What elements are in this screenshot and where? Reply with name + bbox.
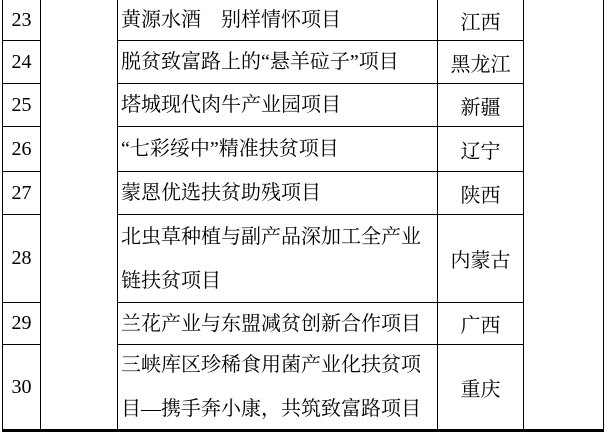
project-name-cell: 北虫草种植与副产品深加工全产业链扶贫项目 [118, 215, 438, 303]
row-number-cell: 29 [3, 303, 41, 345]
province-cell: 重庆 [438, 345, 524, 429]
province-cell: 新疆 [438, 84, 524, 127]
row-number-cell: 23 [3, 0, 41, 41]
project-name-text: 脱贫致富路上的“悬羊砬子”项目 [121, 41, 399, 84]
province-cell: 江西 [438, 0, 524, 41]
project-name-text: 兰花产业与东盟减贫创新合作项目 [121, 303, 421, 345]
project-name-text: 黄源水酒 别样情怀项目 [121, 0, 341, 41]
row-number-cell: 26 [3, 127, 41, 172]
row-number-cell: 28 [3, 215, 41, 303]
project-name-text: “七彩绥中”精准扶贫项目 [121, 127, 339, 171]
project-name-cell: 黄源水酒 别样情怀项目 [118, 0, 438, 41]
row-number-cell: 25 [3, 84, 41, 127]
project-name-cell: “七彩绥中”精准扶贫项目 [118, 127, 438, 172]
project-name-cell: 塔城现代肉牛产业园项目 [118, 84, 438, 127]
project-name-text: 蒙恩优选扶贫助残项目 [121, 172, 321, 215]
project-name-text: 三峡库区珍稀食用菌产业化扶贫项目—携手奔小康，共筑致富路项目 [121, 345, 435, 429]
province-cell: 黑龙江 [438, 41, 524, 84]
project-name-cell: 脱贫致富路上的“悬羊砬子”项目 [118, 41, 438, 84]
project-name-text: 塔城现代肉牛产业园项目 [121, 84, 341, 127]
row-number-cell: 24 [3, 41, 41, 84]
project-name-cell: 蒙恩优选扶贫助残项目 [118, 172, 438, 215]
row-number-cell: 30 [3, 345, 41, 429]
project-table: 23黄源水酒 别样情怀项目江西24脱贫致富路上的“悬羊砬子”项目黑龙江25塔城现… [2, 0, 604, 432]
province-cell: 内蒙古 [438, 215, 524, 303]
category-merged-cell [41, 0, 118, 429]
project-name-cell: 三峡库区珍稀食用菌产业化扶贫项目—携手奔小康，共筑致富路项目 [118, 345, 438, 429]
project-name-text: 北虫草种植与副产品深加工全产业链扶贫项目 [121, 215, 435, 303]
province-cell: 辽宁 [438, 127, 524, 172]
province-cell: 广西 [438, 303, 524, 345]
project-name-cell: 兰花产业与东盟减贫创新合作项目 [118, 303, 438, 345]
right-empty-merged-cell [524, 0, 603, 429]
province-cell: 陕西 [438, 172, 524, 215]
row-number-cell: 27 [3, 172, 41, 215]
